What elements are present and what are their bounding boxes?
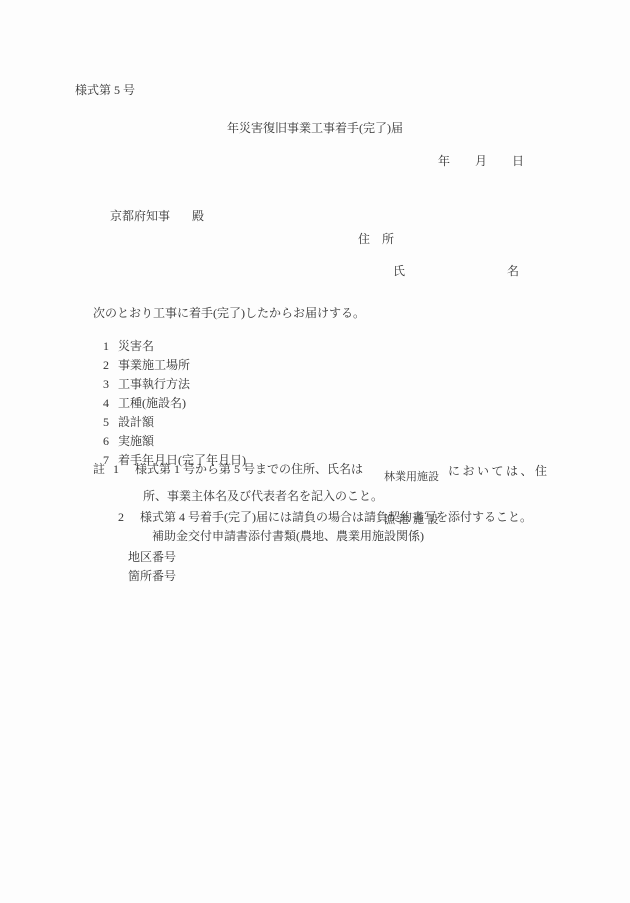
date-line: 年 月 日 (438, 155, 524, 168)
date-year-label: 年 (438, 155, 450, 168)
facility-forestry-label: 林業用施設 (384, 472, 442, 483)
addressee-honorific: 殿 (192, 209, 204, 223)
name-label-line: 氏 名 (393, 265, 519, 278)
document-title: 年災害復旧事業工事着手(完了)届 (0, 122, 630, 135)
date-month-label: 月 (475, 155, 487, 168)
document-page: 様式第 5 号 年災害復旧事業工事着手(完了)届 年 月 日 京都府知事殿 住 … (0, 0, 630, 903)
attachment-documents-line: 補助金交付申請書添付書類(農地、農業用施設関係) (152, 530, 424, 543)
name-label-left: 氏 (393, 265, 405, 278)
name-label-right: 名 (507, 265, 519, 278)
note1-text-line2: 所、事業主体名及び代表者名を記入のこと。 (143, 490, 383, 503)
note2-number: 2 (118, 511, 124, 524)
note1-text-after: においては、住 (448, 465, 550, 478)
date-day-label: 日 (512, 155, 524, 168)
district-number-label: 地区番号 (128, 551, 176, 564)
intro-text: 次のとおり工事に着手(完了)したからお届けする。 (93, 307, 365, 320)
addressee-line: 京都府知事殿 (98, 197, 204, 236)
notes-heading: 註 (93, 463, 105, 476)
note1-text-before: 様式第 1 号から第 5 号までの住所、氏名は (135, 463, 363, 476)
addressee-name: 京都府知事 (110, 209, 170, 223)
location-number-label: 箇所番号 (128, 570, 176, 583)
note2-text: 様式第 4 号着手(完了)届には請負の場合は請負契約書写を添付すること。 (140, 511, 532, 524)
address-label: 住 所 (358, 233, 394, 246)
note1-number: 1 (113, 463, 119, 476)
form-number: 様式第 5 号 (75, 84, 135, 97)
